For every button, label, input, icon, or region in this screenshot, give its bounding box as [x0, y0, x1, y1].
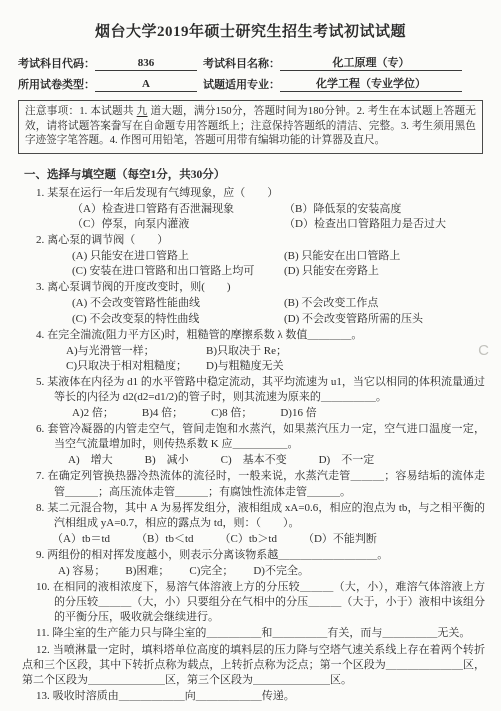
question-stem: 在完全湍流(阻力平方区)时，粗糙管的摩擦系数 λ 数值＿＿＿＿。: [47, 329, 362, 341]
question-1: 1.某泵在运行一年后发现有气缚现象，应（ ）: [16, 186, 485, 201]
question-stem: 两组份的相对挥发度越小，则表示分离该物系越＿＿＿＿＿＿＿＿＿。: [47, 549, 388, 561]
option-a: （A）tb＝td: [52, 532, 110, 547]
option-d: （D）检查出口管路阻力是否过大: [284, 217, 485, 232]
option-a: A) 增大: [68, 453, 113, 468]
question-8: 8.某二元混合物，其中 A 为易挥发组分，液相组成 xA=0.6，相应的泡点为 …: [16, 501, 485, 531]
option-d: D) 不一定: [319, 453, 375, 468]
exam-code-value: 836: [95, 57, 197, 71]
exam-subject-label: 考试科目名称：: [203, 55, 280, 71]
option-d: （D）不能判断: [303, 532, 377, 547]
question-13: 13.吸收时溶质由＿＿＿＿＿＿向＿＿＿＿＿＿传递。: [16, 689, 485, 704]
question-stem: 在确定列管换热器冷热流体的流径时，一般来说，水蒸汽走管＿＿＿；容易结垢的流体走管…: [47, 470, 485, 497]
question-9-options: A) 容易； B)困难； C)完全； D)不完全。: [58, 564, 485, 579]
exam-paper-page: 烟台大学2019年硕士研究生招生考试初试试题 考试科目代码： 836 考试科目名…: [0, 0, 501, 711]
question-8-options: （A）tb＝td （B）tb＜td （C）tb＞td （D）不能判断: [52, 532, 485, 547]
question-number: 4.: [36, 329, 44, 341]
question-5-options: A)2 倍； B)4 倍； C)8 倍； D)16 倍: [72, 406, 485, 421]
page-title: 烟台大学2019年硕士研究生招生考试初试试题: [16, 20, 485, 41]
option-b: （B）降低泵的安装高度: [284, 202, 485, 217]
question-6-options: A) 增大 B) 减小 C) 基本不变 D) 不一定: [68, 453, 485, 468]
option-a: (A) 不会改变管路性能曲线: [72, 296, 284, 311]
question-number: 8.: [36, 502, 44, 514]
option-b: B) 减小: [145, 453, 189, 468]
question-2: 2.离心泵的调节阀（ ）: [16, 233, 485, 248]
major-value: 化学工程（专业学位）: [280, 78, 462, 92]
paper-type-value: A: [95, 78, 197, 92]
option-c: （C）停泵，向泵内灌液: [72, 217, 284, 232]
question-stem: 某泵在运行一年后发现有气缚现象，应（ ）: [47, 187, 278, 199]
option-d: D)不完全。: [253, 564, 309, 579]
option-d: (D) 不会改变管路所需的压头: [284, 312, 485, 327]
question-7: 7.在确定列管换热器冷热流体的流径时，一般来说，水蒸汽走管＿＿＿；容易结垢的流体…: [16, 469, 485, 499]
question-9: 9.两组份的相对挥发度越小，则表示分离该物系越＿＿＿＿＿＿＿＿＿。: [16, 548, 485, 563]
option-a: (A) 只能安在进口管路上: [72, 249, 284, 264]
question-11: 11.降尘室的生产能力只与降尘室的＿＿＿＿＿和＿＿＿＿＿有关，而与＿＿＿＿＿无关…: [16, 626, 485, 641]
paper-type-label: 所用试卷类型：: [18, 76, 95, 92]
option-b: (B) 不会改变工作点: [284, 296, 485, 311]
header-row-1: 考试科目代码： 836 考试科目名称： 化工原理（专）: [18, 55, 483, 71]
question-number: 7.: [36, 470, 44, 482]
question-stem: 在相同的液相浓度下，易溶气体溶液上方的分压较＿＿＿（大，小），难溶气体溶液上方的…: [53, 581, 485, 623]
option-b: （B）tb＜td: [136, 532, 193, 547]
notice-underlined-count: 九: [137, 106, 148, 117]
option-d: (D) 只能安在旁路上: [284, 264, 485, 279]
option-b: B)只取决于 Re；: [206, 344, 485, 359]
notice-box: 注意事项：1. 本试题共 九 道大题，满分150分，答题时间为180分钟。2. …: [18, 100, 483, 154]
question-number: 2.: [36, 234, 44, 246]
question-5: 5.某液体在内径为 d1 的水平管路中稳定流动，其平均流速为 u1，当它以相同的…: [16, 375, 485, 405]
question-2-options: (A) 只能安在进口管路上 (B) 只能安在出口管路上 (C) 安装在进口管路和…: [72, 249, 485, 279]
question-6: 6.套管冷凝器的内管走空气，管间走饱和水蒸汽，如果蒸汽压力一定，空气进口温度一定…: [16, 422, 485, 452]
scan-artifact-c-mark: C: [478, 342, 489, 359]
question-stem: 当喷淋量一定时，填料塔单位高度的填料层的压力降与空塔气速关系线上存在着两个转折点…: [22, 644, 485, 686]
question-number: 11.: [36, 627, 49, 639]
option-c: C)完全；: [189, 564, 233, 579]
question-number: 12.: [36, 644, 50, 656]
question-stem: 离心泵调节阀的开度改变时，则( ): [47, 281, 230, 293]
exam-subject-value: 化工原理（专）: [280, 57, 462, 71]
question-1-options: （A）检查进口管路有否泄漏现象 （B）降低泵的安装高度 （C）停泵，向泵内灌液 …: [72, 202, 485, 232]
option-b: B)困难；: [125, 564, 169, 579]
question-4-options: A)与光滑管一样； B)只取决于 Re； C)只取决于相对粗糙度； D)与粗糙度…: [66, 344, 485, 374]
question-number: 6.: [36, 423, 44, 435]
question-number: 1.: [36, 187, 44, 199]
question-3: 3.离心泵调节阀的开度改变时，则( ): [16, 280, 485, 295]
exam-header: 考试科目代码： 836 考试科目名称： 化工原理（专） 所用试卷类型： A 试题…: [18, 55, 483, 92]
option-d: D)16 倍: [280, 406, 316, 421]
question-4: 4.在完全湍流(阻力平方区)时，粗糙管的摩擦系数 λ 数值＿＿＿＿。: [16, 328, 485, 343]
option-a: A)与光滑管一样；: [66, 344, 206, 359]
question-number: 5.: [36, 376, 44, 388]
major-label: 试题适用专业：: [203, 76, 280, 92]
question-stem: 吸收时溶质由＿＿＿＿＿＿向＿＿＿＿＿＿传递。: [53, 690, 295, 702]
option-a: （A）检查进口管路有否泄漏现象: [72, 202, 284, 217]
section-heading: 一、选择与填空题（每空1分，共30分）: [24, 166, 485, 182]
question-12: 12.当喷淋量一定时，填料塔单位高度的填料层的压力降与空塔气速关系线上存在着两个…: [16, 643, 485, 688]
question-3-options: (A) 不会改变管路性能曲线 (B) 不会改变工作点 (C) 不会改变泵的特性曲…: [72, 296, 485, 326]
question-stem: 某二元混合物，其中 A 为易挥发组分，液相组成 xA=0.6，相应的泡点为 tb…: [47, 502, 485, 529]
option-c: （C）tb＞td: [220, 532, 277, 547]
question-stem: 降尘室的生产能力只与降尘室的＿＿＿＿＿和＿＿＿＿＿有关，而与＿＿＿＿＿无关。: [52, 627, 470, 639]
option-d: D)与粗糙度无关: [206, 359, 485, 374]
question-stem: 某液体在内径为 d1 的水平管路中稳定流动，其平均流速为 u1，当它以相同的体积…: [47, 376, 485, 403]
option-c: C)8 倍；: [211, 406, 252, 421]
question-number: 13.: [36, 690, 50, 702]
option-a: A) 容易；: [58, 564, 105, 579]
exam-code-label: 考试科目代码：: [18, 55, 95, 71]
question-number: 3.: [36, 281, 44, 293]
question-number: 9.: [36, 549, 44, 561]
question-stem: 套管冷凝器的内管走空气，管间走饱和水蒸汽，如果蒸汽压力一定，空气进口温度一定，当…: [47, 423, 485, 450]
option-c: (C) 不会改变泵的特性曲线: [72, 312, 284, 327]
header-row-2: 所用试卷类型： A 试题适用专业： 化学工程（专业学位）: [18, 76, 483, 92]
option-c: C) 基本不变: [221, 453, 287, 468]
question-10: 10.在相同的液相浓度下，易溶气体溶液上方的分压较＿＿＿（大，小），难溶气体溶液…: [16, 580, 485, 625]
option-b: B)4 倍；: [142, 406, 183, 421]
notice-text-part1: 注意事项：1. 本试题共: [25, 106, 137, 117]
option-a: A)2 倍；: [72, 406, 114, 421]
option-c: (C) 安装在进口管路和出口管路上均可: [72, 264, 284, 279]
option-b: (B) 只能安在出口管路上: [284, 249, 485, 264]
question-stem: 离心泵的调节阀（ ）: [47, 234, 168, 246]
option-c: C)只取决于相对粗糙度；: [66, 359, 206, 374]
question-number: 10.: [36, 581, 50, 593]
